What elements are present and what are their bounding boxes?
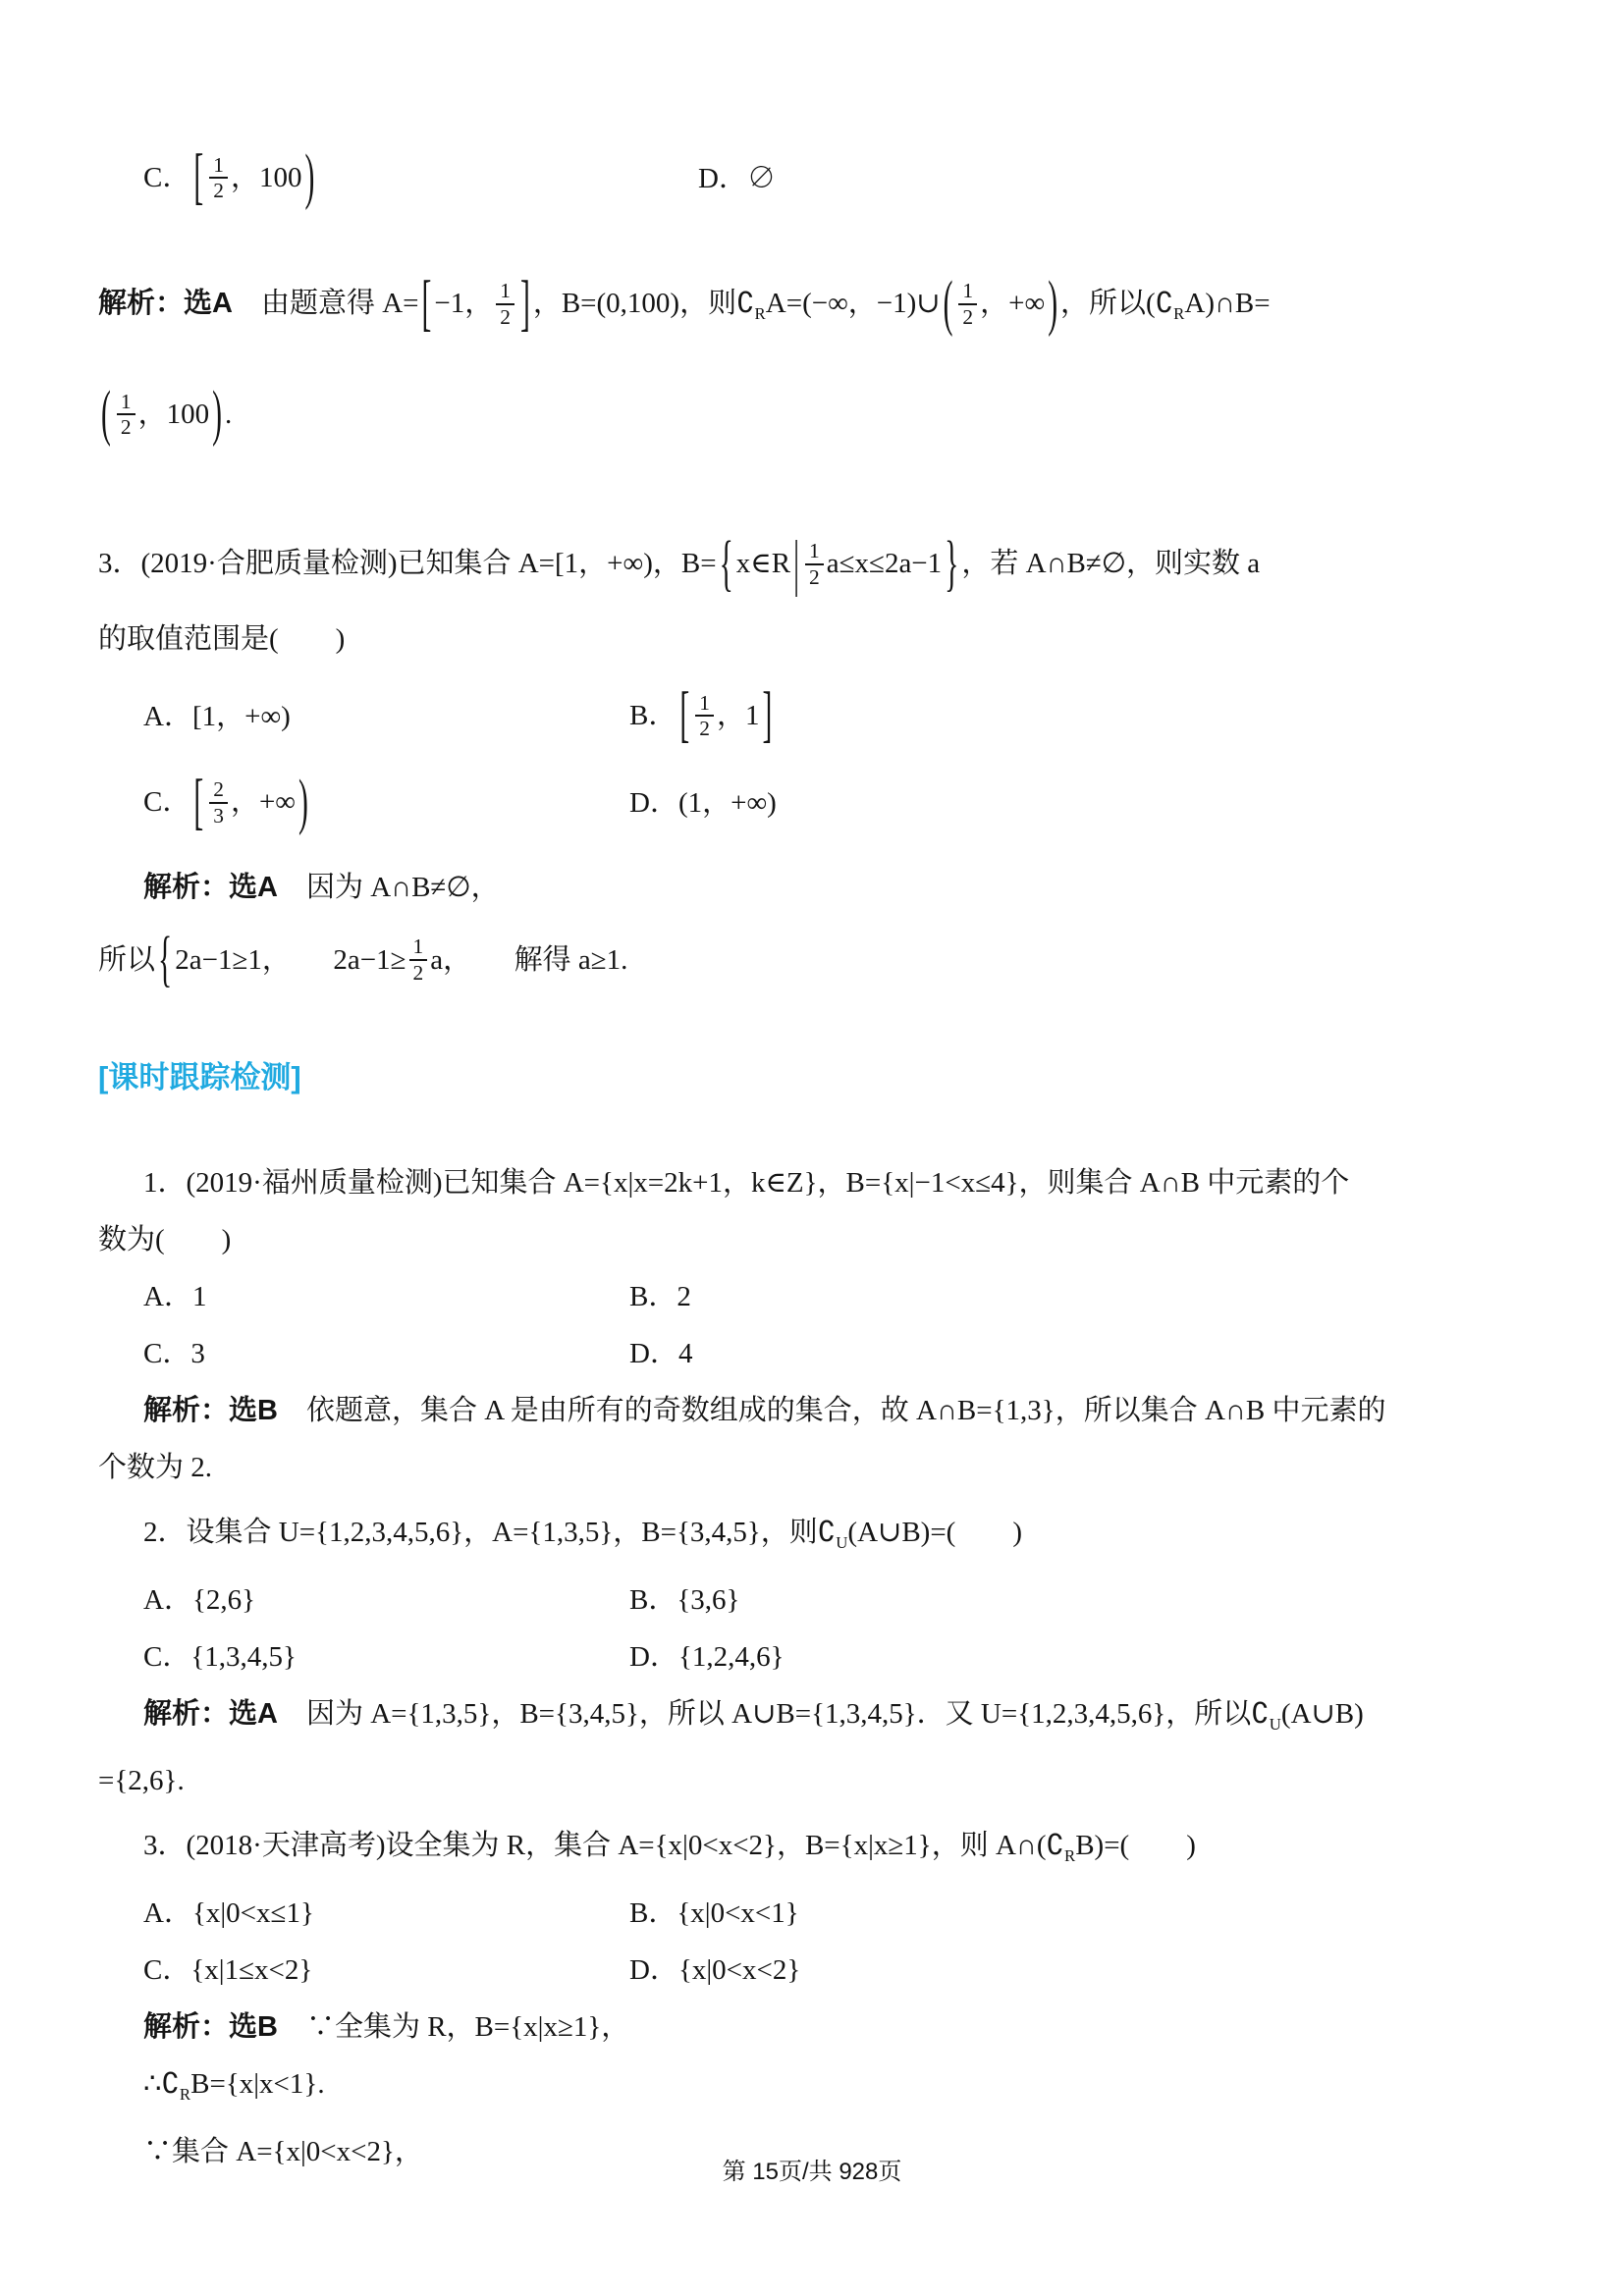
solution-system: 所以{2a−1≥1， 2a−1≥12a， 解得 a≥1.	[98, 916, 1526, 1006]
page-footer: 第 15页/共 928页	[0, 2152, 1624, 2186]
problem-stem: 1．(2019·福州质量检测)已知集合 A={x|x=2k+1，k∈Z}，B={…	[98, 1154, 1526, 1211]
solution-line: 解析：选B ∵全集为 R，B={x|x≥1}，	[98, 1999, 1526, 2056]
problem-stem: 3．(2018·天津高考)设全集为 R，集合 A={x|0<x<2}，B={x|…	[98, 1817, 1526, 1885]
solution-answer-label: 解析：选A	[143, 1698, 278, 1730]
option-d: D．∅	[698, 150, 776, 207]
problem-stem-continuation: 数为( )	[98, 1211, 1526, 1268]
options-row: C．3 D．4	[98, 1325, 1526, 1382]
solution-text: ∵全集为 R，B={x|x≥1}，	[278, 2011, 629, 2043]
solution-text: 依题意，集合 A 是由所有的奇数组成的集合，故 A∩B={1,3}，所以集合 A…	[278, 1395, 1386, 1426]
option-b: B．[12，1]	[629, 675, 775, 758]
solution-line: 解析：选A 由题意得 A=[−1，12]，B=(0,100)，则∁RA=(−∞，…	[98, 259, 1526, 358]
option-c: C．{x|1≤x<2}	[143, 1942, 629, 1999]
options-row: A．[1，+∞) B．[12，1]	[98, 675, 1526, 758]
option-d: D．{x|0<x<2}	[629, 1942, 800, 1999]
option-d: D．4	[629, 1325, 692, 1382]
options-row: A．{x|0<x≤1} B．{x|0<x<1}	[98, 1885, 1526, 1942]
option-d: D．{1,2,4,6}	[629, 1629, 785, 1685]
options-row: C．{1,3,4,5} D．{1,2,4,6}	[98, 1629, 1526, 1685]
solution-text: 由题意得 A=[−1，12]，B=(0,100)，则∁RA=(−∞，−1)∪(1…	[233, 288, 1271, 319]
options-row: C．[23，+∞) D．(1，+∞)	[98, 762, 1526, 844]
solution-line: 解析：选A 因为 A∩B≠∅，	[98, 859, 1526, 916]
solution-answer-label: 解析：选B	[143, 2011, 278, 2043]
solution-continuation: ={2,6}.	[98, 1752, 1526, 1809]
option-a: A．{x|0<x≤1}	[143, 1885, 629, 1942]
option-b: B．{3,6}	[629, 1572, 739, 1629]
option-c: C．{1,3,4,5}	[143, 1629, 629, 1685]
problem-stem-continuation: 的取值范围是( )	[98, 611, 1526, 667]
option-c: C．3	[143, 1325, 629, 1382]
solution-text: 因为 A={1,3,5}，B={3,4,5}，所以 A∪B={1,3,4,5}．…	[278, 1698, 1364, 1730]
option-c: C．[12，100)	[143, 137, 629, 220]
options-row: A．1 B．2	[98, 1268, 1526, 1325]
options-row: A．{2,6} B．{3,6}	[98, 1572, 1526, 1629]
problem-stem: 2．设集合 U={1,2,3,4,5,6}，A={1,3,5}，B={3,4,5…	[98, 1504, 1526, 1572]
solution-text: 因为 A∩B≠∅，	[278, 872, 500, 903]
section-header: [课时跟踪检测]	[98, 1055, 1526, 1100]
options-row: C．{x|1≤x<2} D．{x|0<x<2}	[98, 1942, 1526, 1999]
option-b: B．{x|0<x<1}	[629, 1885, 799, 1942]
option-c: C．[23，+∞)	[143, 762, 629, 844]
option-a: A．1	[143, 1268, 629, 1325]
option-a: A．{2,6}	[143, 1572, 629, 1629]
solution-line-2: ∴∁RB={x|x<1}.	[98, 2056, 1526, 2123]
solution-answer-label: 解析：选B	[143, 1395, 278, 1426]
solution-continuation: (12，100).	[98, 370, 1526, 460]
option-b: B．2	[629, 1268, 691, 1325]
solution-answer-label: 解析：选A	[98, 288, 233, 319]
solution-continuation: 个数为 2.	[98, 1439, 1526, 1496]
problem-stem: 3．(2019·合肥质量检测)已知集合 A=[1，+∞)，B={x∈R|12a≤…	[98, 519, 1526, 610]
top-options-row: C．[12，100) D．∅	[98, 137, 1526, 220]
option-a: A．[1，+∞)	[143, 688, 629, 745]
solution-line: 解析：选B 依题意，集合 A 是由所有的奇数组成的集合，故 A∩B={1,3}，…	[98, 1382, 1526, 1439]
option-d: D．(1，+∞)	[629, 774, 777, 831]
page-content: C．[12，100) D．∅ 解析：选A 由题意得 A=[−1，12]，B=(0…	[0, 0, 1624, 2180]
document-page: C．[12，100) D．∅ 解析：选A 由题意得 A=[−1，12]，B=(0…	[0, 0, 1624, 2296]
solution-line: 解析：选A 因为 A={1,3,5}，B={3,4,5}，所以 A∪B={1,3…	[98, 1685, 1526, 1753]
